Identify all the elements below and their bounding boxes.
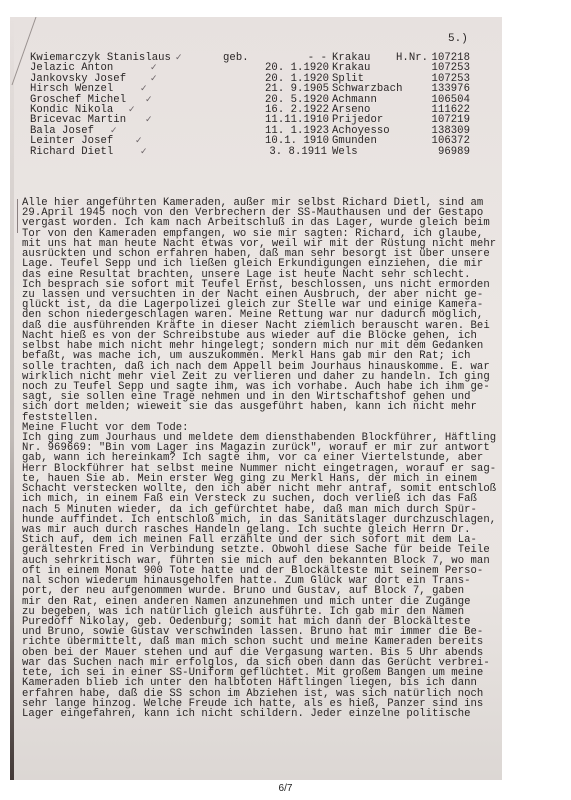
scanned-document-page: 5.) Kwiemarczyk Stanislaus✓geb.- -Krakau…	[10, 17, 502, 780]
checkmark-icon: ✓	[145, 115, 153, 125]
page-counter: 6/7	[0, 783, 571, 794]
page-section-mark: 5.)	[448, 34, 468, 44]
text-line: Lager eingefahren, kann ich nicht schild…	[22, 709, 502, 719]
roster-birth-date: 3. 8.1911	[265, 147, 327, 157]
checkmark-icon: ✓	[128, 105, 136, 115]
roster-birth-place: Gmunden	[332, 136, 377, 146]
roster-hnr-label: H.Nr.	[396, 53, 428, 63]
testimony-body-text: Alle hier angeführten Kameraden, außer m…	[22, 198, 502, 719]
roster-birth-place: Schwarzbach	[332, 84, 402, 94]
checkmark-icon: ✓	[145, 95, 153, 105]
checkmark-icon: ✓	[150, 74, 158, 84]
roster-row: Leinter Josef✓10.1. 1910Gmunden106372	[20, 136, 500, 146]
roster-prisoner-number: 133976	[430, 84, 470, 94]
roster-row: Hirsch Wenzel✓21. 9.1905Schwarzbach13397…	[20, 84, 500, 94]
text-line: befaßt, was mache ich, um auszukommen. M…	[22, 351, 502, 361]
roster-birth-date: 10.1. 1910	[265, 136, 327, 146]
checkmark-icon: ✓	[140, 84, 148, 94]
roster-name: Hirsch Wenzel	[30, 84, 113, 94]
roster-born-label: geb.	[223, 53, 249, 63]
roster-row: Richard Dietl✓3. 8.1911Wels96989	[20, 147, 500, 157]
checkmark-icon: ✓	[175, 53, 183, 63]
roster-name: Richard Dietl	[30, 147, 113, 157]
prisoner-roster-list: Kwiemarczyk Stanislaus✓geb.- -KrakauH.Nr…	[20, 53, 500, 157]
roster-prisoner-number: 106372	[430, 136, 470, 146]
margin-mark	[17, 199, 18, 233]
text-line: Kameraden blieb ich unter den halbtoten …	[22, 678, 502, 688]
roster-birth-date: 21. 9.1905	[265, 84, 327, 94]
roster-birth-place: Wels	[332, 147, 358, 157]
checkmark-icon: ✓	[140, 147, 148, 157]
roster-name: Leinter Josef	[30, 136, 113, 146]
checkmark-icon: ✓	[135, 136, 143, 146]
text-line: Lage. Teufel Sepp und ich ließen gleich …	[22, 259, 502, 269]
text-line: port, der neu aufgenommen wurde. Bruno u…	[22, 586, 502, 596]
checkmark-icon: ✓	[150, 63, 158, 73]
roster-prisoner-number: 96989	[430, 147, 470, 157]
